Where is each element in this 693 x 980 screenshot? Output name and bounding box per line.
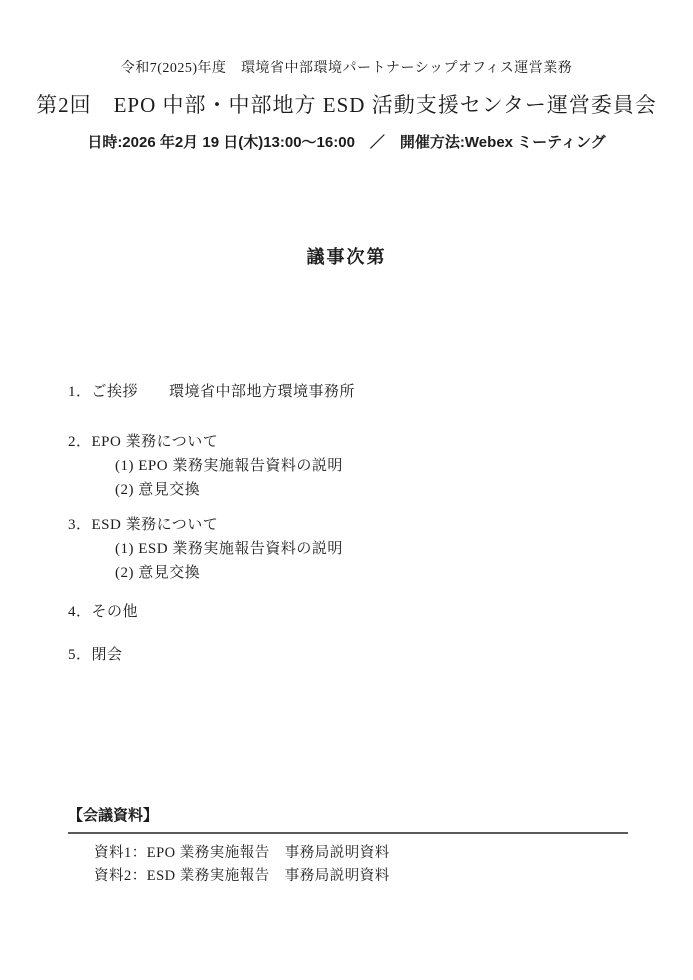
agenda-item-2-sub-2: (2) 意見交換 [68,478,635,502]
agenda-item-3-sub-1: (1) ESD 業務実施報告資料の説明 [68,537,635,561]
document-title: 第2回 EPO 中部・中部地方 ESD 活動支援センター運営委員会 [0,92,693,119]
meeting-datetime-method: 日時:2026 年2月 19 日(木)13:00～16:00 ／ 開催方法:We… [0,133,693,153]
agenda-list: 1．ご挨拶 環境省中部地方環境事務所 2．EPO 業務について (1) EPO … [68,380,635,667]
document-subtitle: 令和7(2025)年度 環境省中部環境パートナーシップオフィス運営業務 [0,60,693,78]
document-header: 令和7(2025)年度 環境省中部環境パートナーシップオフィス運営業務 第2回 … [0,60,693,153]
agenda-item-3-sub-2: (2) 意見交換 [68,561,635,585]
materials-list: 資料1：EPO 業務実施報告 事務局説明資料 資料2：ESD 業務実施報告 事務… [68,842,628,888]
agenda-item-3: 3．ESD 業務について [68,513,635,537]
agenda-item-2: 2．EPO 業務について [68,430,635,454]
document-page: 令和7(2025)年度 環境省中部環境パートナーシップオフィス運営業務 第2回 … [0,0,693,980]
materials-divider [68,832,628,834]
agenda-item-4: 4．その他 [68,600,635,624]
agenda-item-2-sub-1: (1) EPO 業務実施報告資料の説明 [68,454,635,478]
materials-section: 【会議資料】 資料1：EPO 業務実施報告 事務局説明資料 資料2：ESD 業務… [68,806,628,888]
material-item-2: 資料2：ESD 業務実施報告 事務局説明資料 [94,865,628,888]
agenda-item-5: 5．閉会 [68,643,635,667]
agenda-item-1: 1．ご挨拶 環境省中部地方環境事務所 [68,380,635,404]
agenda-heading: 議事次第 [0,243,693,269]
material-item-1: 資料1：EPO 業務実施報告 事務局説明資料 [94,842,628,865]
materials-heading: 【会議資料】 [68,806,628,825]
